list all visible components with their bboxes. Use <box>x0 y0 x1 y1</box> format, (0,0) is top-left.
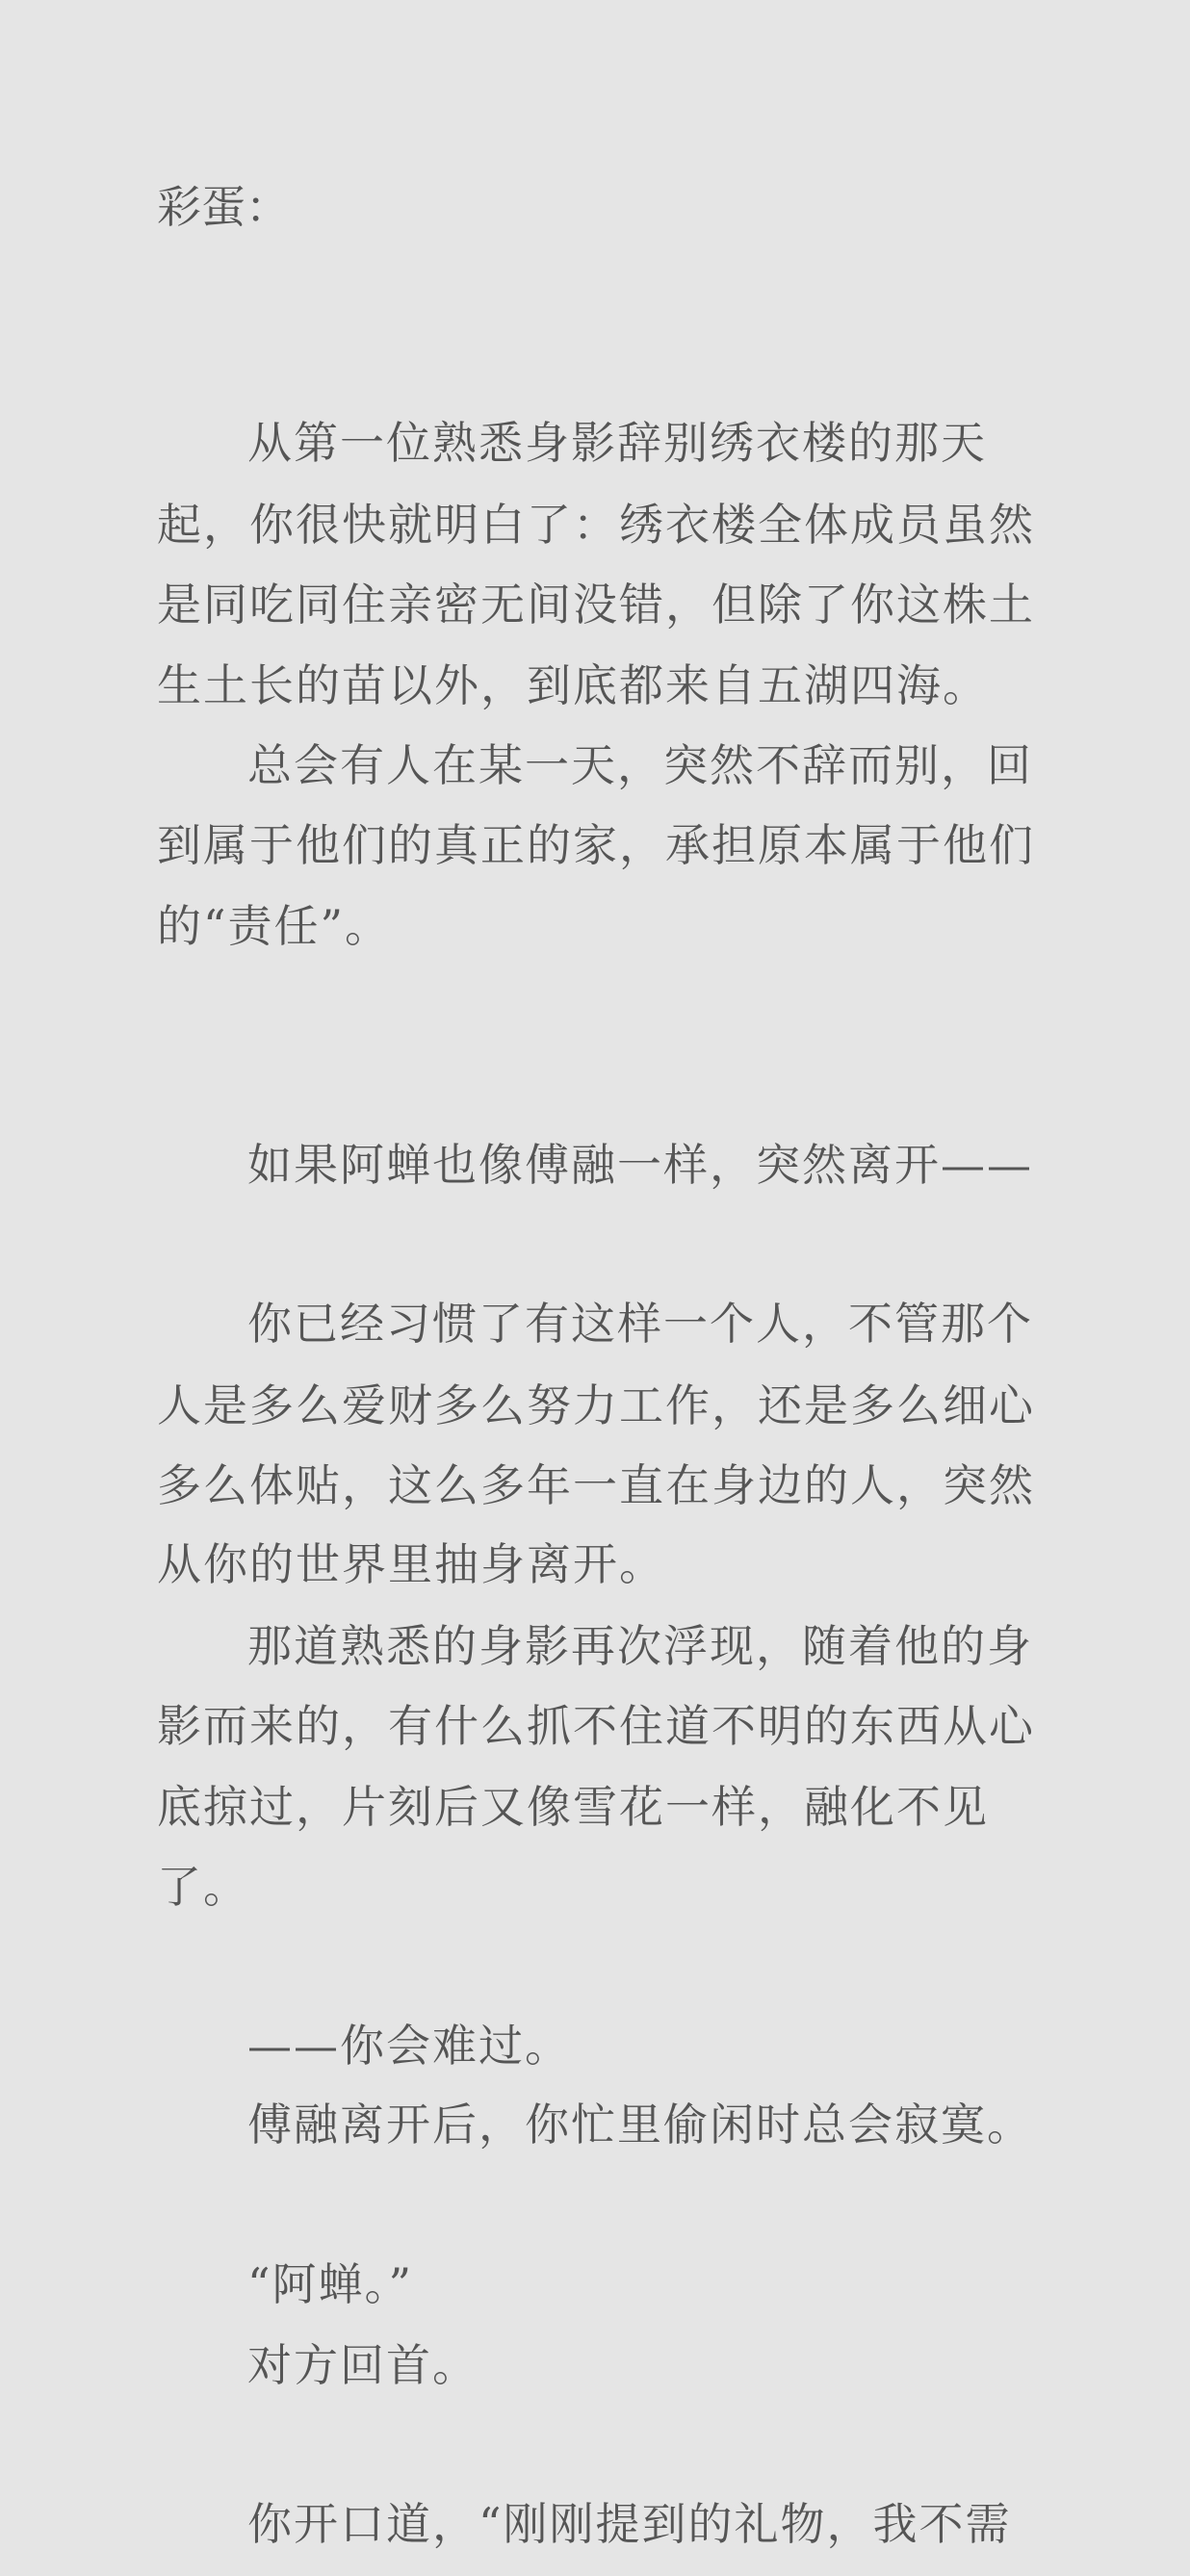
text-line: 底掠过，片刻后又像雪花一样，融化不见 <box>157 1778 1004 1836</box>
text-line: 是同吃同住亲密无间没错，但除了你这株土 <box>157 576 1004 633</box>
text-line: 傅融离开后，你忙里偷闲时总会寂寞。 <box>247 2096 1095 2153</box>
text-line: ——你会难过。 <box>247 2017 1095 2074</box>
text-line: 生土长的苗以外，到底都来自五湖四海。 <box>157 657 1004 714</box>
text-line: 你已经习惯了有这样一个人，不管那个 <box>247 1295 1095 1352</box>
text-line: 总会有人在某一天，突然不辞而别，回 <box>247 736 1095 794</box>
text-line: 从你的世界里抽身离开。 <box>157 1535 1004 1593</box>
reader-page: 彩蛋： 从第一位熟悉身影辞别绣衣楼的那天 起，你很快就明白了：绣衣楼全体成员虽然… <box>157 0 1004 2576</box>
text-line: 从第一位熟悉身影辞别绣衣楼的那天 <box>247 414 1095 472</box>
text-line: 你开口道，“刚刚提到的礼物，我不需 <box>247 2495 1095 2553</box>
text-line: 起，你很快就明白了：绣衣楼全体成员虽然 <box>157 496 1004 554</box>
text-line: 人是多么爱财多么努力工作，还是多么细心 <box>157 1377 1004 1434</box>
text-line: 影而来的，有什么抓不住道不明的东西从心 <box>157 1697 1004 1755</box>
text-line: “阿蝉。” <box>247 2255 1095 2313</box>
text-line: 到属于他们的真正的家，承担原本属于他们 <box>157 816 1004 874</box>
section-heading: 彩蛋： <box>157 178 1004 236</box>
text-line: 的“责任”。 <box>157 897 1004 955</box>
text-line: 对方回首。 <box>247 2336 1095 2394</box>
text-line: 了。 <box>157 1858 1004 1916</box>
text-line: 那道熟悉的身影再次浮现，随着他的身 <box>247 1617 1095 1675</box>
text-line: 如果阿蝉也像傅融一样，突然离开—— <box>247 1136 1095 1194</box>
text-line: 多么体贴，这么多年一直在身边的人，突然 <box>157 1456 1004 1514</box>
